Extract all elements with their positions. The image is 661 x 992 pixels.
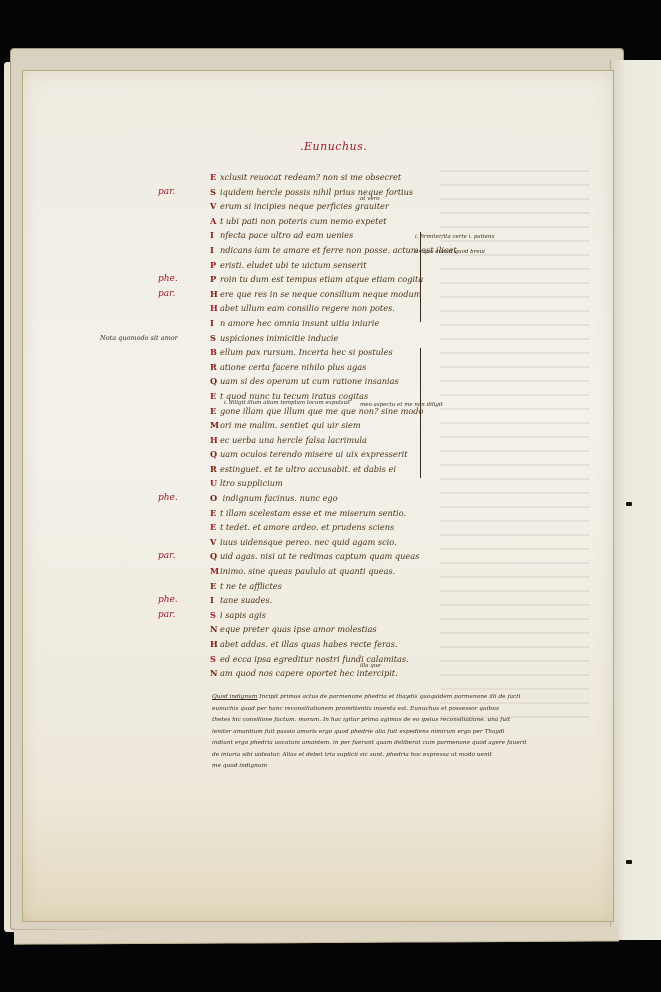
speaker-label: phe.: [158, 491, 178, 506]
initial-letter: R: [210, 360, 220, 375]
verse-line: Et ne te afflictes: [210, 579, 540, 594]
verse-text: inimo. sine queas paululo at quanti quea…: [220, 566, 395, 576]
verse-text: eque preter quas ipse amor molestias: [220, 624, 377, 634]
bottom-page-edge: [14, 926, 619, 944]
initial-letter: Q: [210, 549, 220, 564]
verse-line: par.Here que res in se neque consilium n…: [210, 287, 540, 302]
speaker-label: phe.: [158, 593, 178, 608]
verse-line: phe.Itane suades.: [210, 593, 540, 608]
facing-leaf: [610, 60, 661, 940]
verse-text: ec uerba una hercle falsa lacrimula: [220, 435, 367, 445]
verse-text: uspiciones inimicitie inducie: [220, 333, 338, 343]
verse-text: iquidem hercle possis nihil prius neque …: [220, 187, 413, 197]
verse-text: n amore hec omnia insunt uitia iniurie: [220, 318, 379, 328]
verse-text: abet ullum eam consilio regere non potes…: [220, 303, 395, 313]
verse-text: ere que res in se neque consilium neque …: [220, 289, 422, 299]
initial-letter: H: [210, 301, 220, 316]
verse-text: atione certa facere nihilo plus agas: [220, 362, 366, 372]
verse-text: ori me malim. sentiet qui uir siem: [220, 420, 361, 430]
verse-line: Neque preter quas ipse amor molestias: [210, 622, 540, 637]
commentary-line: indiunt ergo phedria uocatum amantem. in…: [212, 740, 527, 746]
verse-text: uam si des operam ut cum ratione insania…: [220, 376, 399, 386]
initial-letter: S: [210, 185, 220, 200]
verse-text: ellum pax rursum. Incerta hec si postule…: [220, 347, 393, 357]
speaker-label: phe.: [158, 272, 178, 287]
verse-text: estinguet. et te ultro accusabit. et dab…: [220, 464, 396, 474]
initial-letter: Q: [210, 447, 220, 462]
verse-text: t tedet. et amore ardeo. et prudens scie…: [220, 522, 394, 532]
initial-letter: V: [210, 535, 220, 550]
speaker-label: par.: [158, 608, 175, 623]
initial-letter: E: [210, 579, 220, 594]
initial-letter: M: [210, 564, 220, 579]
initial-letter: H: [210, 433, 220, 448]
initial-letter: H: [210, 287, 220, 302]
speaker-label: par.: [158, 287, 175, 302]
verse-line: Quam oculos terendo misere ui uix expres…: [210, 447, 540, 462]
verse-line: At ubi pati non poteris cum nemo expetet: [210, 214, 540, 229]
verse-line: par.Quid agas. nisi ut te redimas captum…: [210, 549, 540, 564]
page-heading: .Eunuchus.: [300, 140, 367, 153]
commentary-line: Incipit primus actus de parmenone phedri…: [259, 694, 520, 700]
verse-line: In amore hec omnia insunt uitia iniurie: [210, 316, 540, 331]
commentary-line: de iniuria sibi uideatur. Alias et debet…: [212, 752, 492, 758]
verse-text: nfecta pace ultro ad eam uenies: [220, 230, 353, 240]
initial-letter: U: [210, 476, 220, 491]
verse-line: Peristi. eludet ubi te uictum senserit: [210, 258, 540, 273]
verse-text: xclusit reuocat redeam? non si me obsecr…: [220, 172, 401, 182]
verse-text: t illam scelestam esse et me miserum sen…: [220, 508, 406, 518]
verse-line: Ultro supplicium: [210, 476, 540, 491]
initial-letter: V: [210, 199, 220, 214]
initial-letter: S: [210, 608, 220, 623]
commentary-line: thetes hic consilione factum. morum. In …: [212, 717, 510, 723]
initial-letter: P: [210, 272, 220, 287]
verse-block: Exclusit reuocat redeam? non si me obsec…: [210, 170, 540, 681]
verse-line: Infecta pace ultro ad eam ueniesi. firmi…: [210, 228, 540, 243]
initial-letter: H: [210, 637, 220, 652]
commentary-line: leniter amantium fuit passio amoris ergo…: [212, 729, 504, 735]
verse-line: Verum si incipies neque perficies grauit…: [210, 199, 540, 214]
initial-letter: I: [210, 316, 220, 331]
verse-line: phe.Proin tu dum est tempus etiam atque …: [210, 272, 540, 287]
commentary-line: me quod indignum: [212, 763, 267, 769]
initial-letter: E: [210, 506, 220, 521]
commentary-block: Quod indignum Incipit primus actus de pa…: [212, 692, 537, 773]
interlinear-gloss: illa que: [360, 659, 381, 674]
verse-text: iuus uidensque pereo. nec quid agam scio…: [220, 537, 397, 547]
initial-letter: R: [210, 462, 220, 477]
verse-text: roin tu dum est tempus etiam atque etiam…: [220, 274, 423, 284]
verse-text: uam oculos terendo misere ui uix express…: [220, 449, 408, 459]
interlinear-gloss: i. diligit illum alium templum locum exp…: [224, 396, 350, 411]
initial-letter: S: [210, 652, 220, 667]
initial-letter: I: [210, 593, 220, 608]
initial-letter: E: [210, 520, 220, 535]
verse-line: Egone illam que illum que me que non? si…: [210, 404, 540, 419]
verse-line: Viuus uidensque pereo. nec quid agam sci…: [210, 535, 540, 550]
initial-letter: E: [210, 404, 220, 419]
initial-letter: N: [210, 622, 220, 637]
commentary-lemma: Quod indignum: [212, 694, 257, 700]
initial-letter: P: [210, 258, 220, 273]
verse-line: phe.O indignum facinus. nunc ego: [210, 491, 540, 506]
verse-text: uid agas. nisi ut te redimas captum quam…: [220, 551, 419, 561]
commentary-line: eunuchis quod per hanc reconsiliationem …: [212, 706, 499, 712]
initial-letter: Q: [210, 374, 220, 389]
verse-text: ltro supplicium: [220, 478, 283, 488]
verse-text: t ne te afflictes: [220, 581, 282, 591]
verse-line: Minimo. sine queas paululo at quanti que…: [210, 564, 540, 579]
verse-line: Et illam scelestam esse et me miserum se…: [210, 506, 540, 521]
verse-text: tane suades.: [220, 595, 272, 605]
verse-line: Suspiciones inimicitie inducie: [210, 331, 540, 346]
verse-line: par.Si sapis agis: [210, 608, 540, 623]
verse-line: Exclusit reuocat redeam? non si me obsec…: [210, 170, 540, 185]
interlinear-gloss: at vero: [360, 192, 380, 207]
initial-letter: A: [210, 214, 220, 229]
initial-letter: S: [210, 331, 220, 346]
binding-hole: [626, 502, 632, 506]
initial-letter: B: [210, 345, 220, 360]
initial-letter: O: [210, 491, 220, 506]
verse-text: eristi. eludet ubi te uictum senserit: [220, 260, 366, 270]
verse-text: abet addas. et illas quas habes recte fe…: [220, 639, 398, 649]
binding-hole: [626, 860, 632, 864]
verse-line: Mori me malim. sentiet qui uir siem: [210, 418, 540, 433]
verse-text: i sapis agis: [220, 610, 266, 620]
verse-line: Quam si des operam ut cum ratione insani…: [210, 374, 540, 389]
verse-text: t ubi pati non poteris cum nemo expetet: [220, 216, 387, 226]
initial-letter: M: [210, 418, 220, 433]
verse-line: Et tedet. et amore ardeo. et prudens sci…: [210, 520, 540, 535]
verse-line: Hec uerba una hercle falsa lacrimula: [210, 433, 540, 448]
initial-letter: E: [210, 389, 220, 404]
verse-line: Indicans iam te amare et ferre non posse…: [210, 243, 540, 258]
verse-line: Restinguet. et te ultro accusabit. et da…: [210, 462, 540, 477]
speaker-label: par.: [158, 549, 175, 564]
verse-line: Habet addas. et illas quas habes recte f…: [210, 637, 540, 652]
margin-note: Nota quomodo sit amor: [100, 334, 178, 342]
verse-line: Bellum pax rursum. Incerta hec si postul…: [210, 345, 540, 360]
verse-line: Habet ullum eam consilio regere non pote…: [210, 301, 540, 316]
initial-letter: N: [210, 666, 220, 681]
initial-letter: E: [210, 170, 220, 185]
verse-text: indignum facinus. nunc ego: [220, 493, 338, 503]
initial-letter: I: [210, 243, 220, 258]
speaker-label: par.: [158, 185, 175, 200]
verse-line: Ratione certa facere nihilo plus agas: [210, 360, 540, 375]
initial-letter: I: [210, 228, 220, 243]
verse-line: Nam quod nos capere oportet hec intercip…: [210, 666, 540, 681]
